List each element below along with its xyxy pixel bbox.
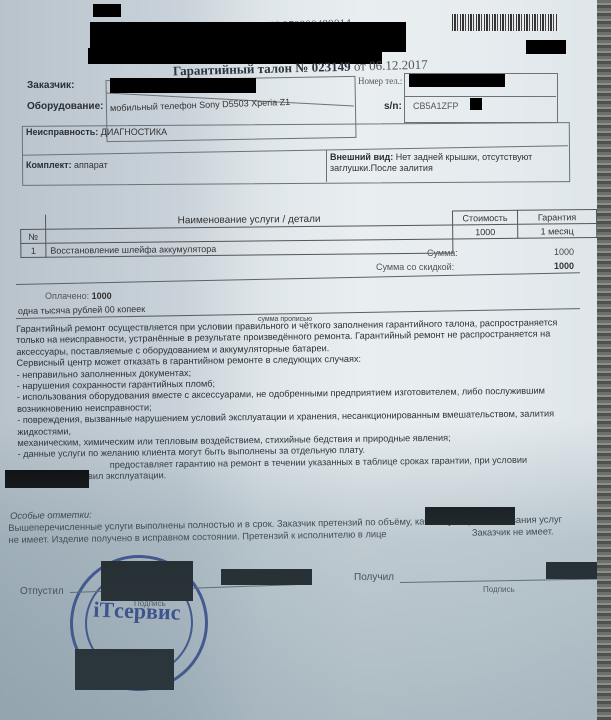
company-name-redacted (5, 470, 89, 488)
fault-value: ДИАГНОСТИКА (101, 127, 167, 137)
amount-in-words: одна тысяча рублей 00 копеек (18, 304, 145, 316)
redaction-block (75, 649, 174, 690)
table-cell-no: 1 (21, 243, 46, 257)
received-signature-line (400, 579, 600, 583)
warranty-terms: Гарантийный ремонт осуществляется при ус… (16, 317, 600, 484)
fault-label: Неисправность: (26, 127, 98, 137)
title-number-prefix: № (295, 60, 308, 75)
paid-label: Оплачено: (45, 291, 89, 301)
kit-value: аппарат (74, 160, 108, 170)
title-number: 023149 (311, 59, 350, 75)
phone-value-redacted (409, 74, 505, 87)
phone-divider (404, 96, 556, 97)
appearance-divider (326, 150, 327, 182)
executor-name-redacted (425, 507, 515, 525)
discount-sum-label: Сумма со скидкой: (376, 262, 454, 272)
title-label: Гарантийный талон (173, 60, 292, 78)
redaction-block (221, 569, 312, 585)
table-cell-cost: 1000 (453, 224, 518, 239)
serial-redacted (470, 98, 482, 110)
serial-label: s/n: (384, 101, 402, 112)
special-notes-line-suffix: Заказчик не имеет. (472, 525, 554, 537)
appearance-value-line1: Нет задней крышки, отсутствуют (396, 152, 533, 162)
table-surface-edge (597, 0, 611, 720)
customer-label: Заказчик: (27, 80, 74, 91)
redaction-block (546, 562, 600, 579)
divider-line (16, 272, 580, 285)
paid-value: 1000 (92, 291, 112, 301)
appearance-label: Внешний вид: (330, 152, 393, 162)
warranty-card-page: ИНН:370200489014 Гарантийный талон № 023… (0, 0, 600, 720)
phone-label: Номер тел.: (358, 76, 402, 86)
kit-field: Комплект: аппарат (26, 160, 108, 170)
equipment-label: Оборудование: (27, 101, 103, 112)
received-signature-caption: Подпись (483, 585, 515, 594)
appearance-field: Внешний вид: Нет задней крышки, отсутств… (330, 152, 532, 174)
sum-label: Сумма: (427, 248, 458, 258)
redaction-block (101, 561, 193, 601)
serial-value: CB5A1ZFP (413, 101, 459, 111)
barcode (452, 14, 558, 31)
released-by-label: Отпустил (20, 586, 64, 597)
redaction-block (93, 4, 121, 17)
customer-value-redacted (110, 78, 256, 93)
title-date: 06.12.2017 (369, 57, 428, 74)
services-table: Наименование услуги / детали Стоимость Г… (20, 209, 597, 258)
received-by-label: Получил (354, 572, 394, 583)
kit-label: Комплект: (26, 160, 71, 170)
table-cell-service-name: Восстановление шлейфа аккумулятора (46, 239, 453, 257)
discount-sum-value: 1000 (554, 261, 574, 271)
title-date-prefix: от (354, 58, 366, 73)
appearance-value-line2: заглушки.После залития (330, 163, 532, 174)
column-header-no: № (21, 229, 46, 243)
fault-field: Неисправность: ДИАГНОСТИКА (26, 127, 167, 137)
column-header-warranty: Гарантия (517, 209, 596, 224)
column-header-cost: Стоимость (452, 210, 517, 225)
paid-field: Оплачено: 1000 (45, 291, 112, 301)
redaction-block (526, 40, 566, 54)
sum-value: 1000 (554, 247, 574, 257)
table-cell-warranty: 1 месяц (518, 223, 597, 238)
